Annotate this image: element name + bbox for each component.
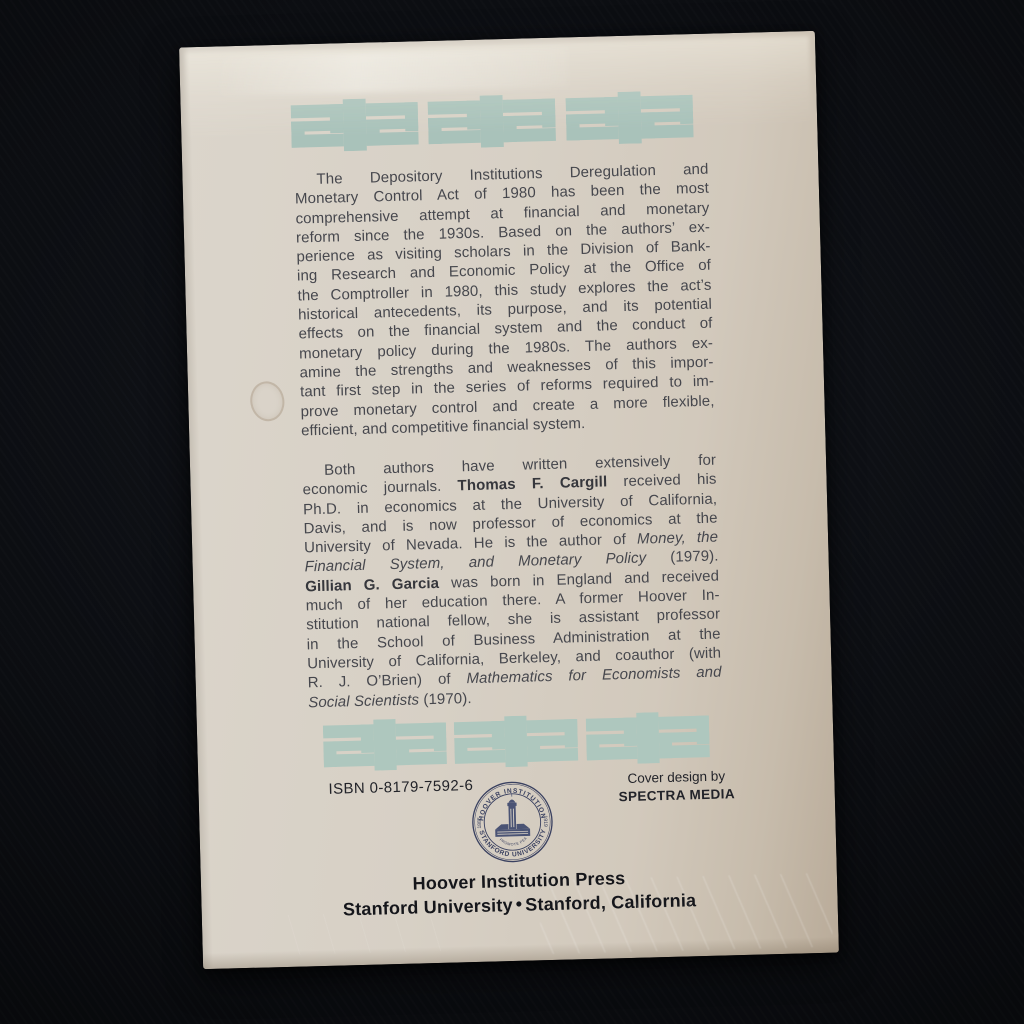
hoover-tower-icon: [494, 793, 530, 837]
publisher-university: Stanford University: [343, 895, 513, 919]
dollar-motif-icon: [323, 718, 448, 772]
bullet-separator: •: [515, 894, 522, 915]
book-back-cover: The Depository Institutions Deregulation…: [179, 31, 839, 969]
authors-bio-paragraph: Both authors have written extensively fo…: [302, 451, 722, 713]
dollar-motif-icon: [585, 711, 710, 765]
seal-year-right: 1919: [542, 815, 548, 827]
seal-year-left: 1885: [477, 817, 483, 829]
dollar-motif-row-bottom: [323, 711, 710, 772]
cover-credit-line2: SPECTRA MEDIA: [597, 786, 757, 805]
cover-credit-line1: Cover design by: [596, 768, 756, 787]
dollar-motif-icon: [290, 97, 419, 152]
publisher-imprint: Hoover Institution Press Stanford Univer…: [201, 863, 838, 925]
dollar-motif-icon: [428, 94, 557, 149]
hoover-institution-seal-icon: HOOVER INSTITUTION STANFORD UNIVERSITY 1…: [470, 780, 554, 864]
dollar-motif-icon: [454, 714, 579, 768]
isbn-text: ISBN 0-8179-7592-6: [328, 777, 473, 798]
cover-design-credit: Cover design by SPECTRA MEDIA: [596, 768, 757, 805]
publisher-city: Stanford, California: [525, 890, 696, 914]
dollar-motif-row-top: [290, 90, 693, 153]
dollar-motif-icon: [565, 90, 694, 145]
ring-stain-mark: [247, 379, 287, 424]
synopsis-paragraph: The Depository Institutions Deregulation…: [294, 160, 715, 441]
plastic-wrap-highlight: [217, 47, 568, 96]
photo-scene: The Depository Institutions Deregulation…: [0, 0, 1024, 1024]
